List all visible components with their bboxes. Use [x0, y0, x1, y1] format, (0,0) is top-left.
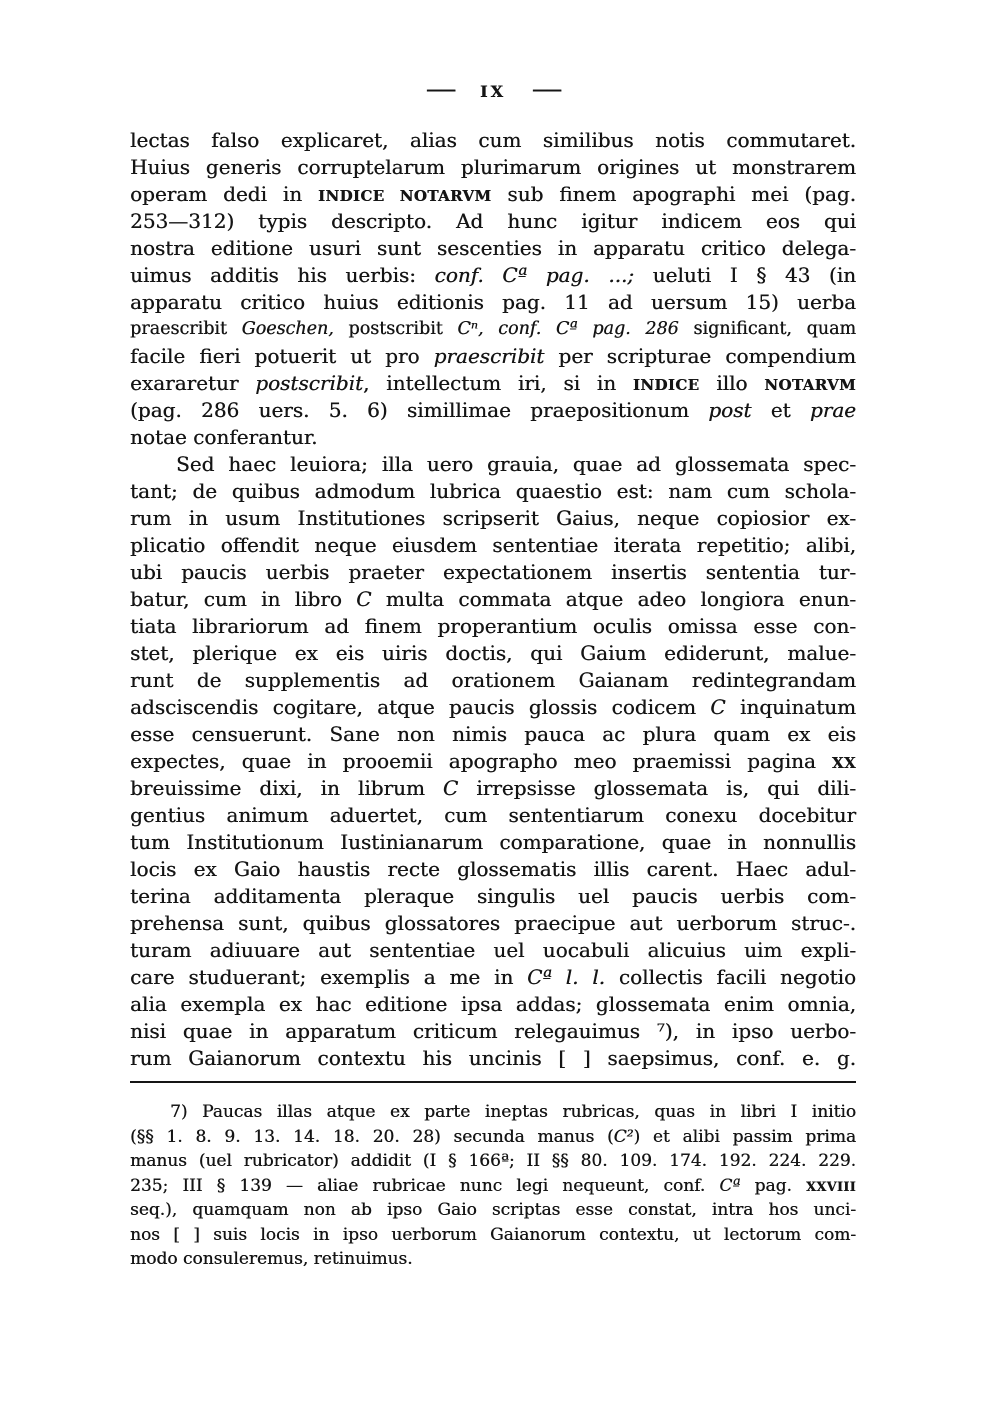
text-segment: operam dedi in: [130, 182, 318, 206]
text-line: rum Gaianorum contextu his uncinis [ ] s…: [130, 1045, 856, 1072]
text-line: runt de supplementis ad orationem Gaiana…: [130, 667, 856, 694]
smallcaps-text: NOTARVM: [764, 376, 856, 394]
text-segment: illo: [699, 371, 764, 395]
text-segment: nostra editione usuri sunt sescenties in…: [130, 236, 856, 260]
text-segment: nos [ ] suis locis in ipso uerborum Gaia…: [130, 1225, 856, 1245]
italic-text: post: [708, 398, 751, 422]
text-segment: , intellectum iri, si in: [363, 371, 633, 395]
text-segment: esse censuerunt. Sane non nimis pauca ac…: [130, 722, 856, 746]
header-rule-right: ——: [532, 80, 560, 99]
paragraph-1: lectas falso explicaret, alias cum simil…: [130, 127, 856, 451]
italic-text: C: [710, 695, 725, 719]
italic-text: C: [356, 587, 371, 611]
text-line: tant; de quibus admodum lubrica quaestio…: [130, 478, 856, 505]
text-segment: postscribit: [334, 319, 458, 339]
text-segment: inquinatum: [726, 695, 856, 719]
text-segment: prehensa sunt, quibus glossatores praeci…: [130, 911, 856, 935]
text-segment: locis ex Gaio haustis recte glossematis …: [130, 857, 856, 881]
text-segment: exararetur: [130, 371, 255, 395]
text-segment: runt de supplementis ad orationem Gaiana…: [130, 668, 856, 692]
text-line: alia exempla ex hac editione ipsa addas;…: [130, 991, 856, 1018]
text-segment: manus (uel rubricator) addidit (I § 166ª…: [130, 1151, 856, 1171]
text-line: prehensa sunt, quibus glossatores praeci…: [130, 910, 856, 937]
text-segment: terina additamenta pleraque singulis uel…: [130, 884, 856, 908]
text-segment: seq.), quamquam non ab ipso Gaio scripta…: [130, 1200, 856, 1220]
text-segment: breuissime dixi, in librum: [130, 776, 443, 800]
text-line: ubi paucis uerbis praeter expectationem …: [130, 559, 856, 586]
footnote: 7) Paucas illas atque ex parte ineptas r…: [130, 1100, 856, 1272]
text-line: Huius generis corruptelarum plurimarum o…: [130, 154, 856, 181]
text-line: 235; III § 139 — aliae rubricae nunc leg…: [130, 1174, 856, 1199]
text-segment: ) et alibi passim prima: [633, 1127, 856, 1147]
text-segment: et: [751, 398, 809, 422]
text-line: Sed haec leuiora; illa uero grauia, quae…: [130, 451, 856, 478]
italic-text: conf. Cª pag. 286: [498, 319, 679, 339]
text-line: (pag. 286 uers. 5. 6) simillimae praepos…: [130, 397, 856, 424]
text-segment: 7) Paucas illas atque ex parte ineptas r…: [170, 1102, 856, 1122]
text-line: apparatu critico huius editionis pag. 11…: [130, 289, 856, 316]
book-page: ——IX—— lectas falso explicaret, alias cu…: [0, 0, 1000, 1424]
header-rule-left: ——: [426, 80, 454, 99]
text-segment: irrepsisse glossemata is, qui dili-: [458, 776, 856, 800]
text-line: locis ex Gaio haustis recte glossematis …: [130, 856, 856, 883]
text-line: adsciscendis cogitare, atque paucis glos…: [130, 694, 856, 721]
text-segment: tiata librariorum ad finem properantium …: [130, 614, 856, 638]
text-segment: tum Institutionum Iustinianarum comparat…: [130, 830, 856, 854]
text-segment: pag.: [740, 1176, 806, 1196]
text-line: esse censuerunt. Sane non nimis pauca ac…: [130, 721, 856, 748]
text-segment: (pag. 286 uers. 5. 6) simillimae praepos…: [130, 398, 708, 422]
page-number: IX: [480, 82, 506, 101]
text-segment: stet, plerique ex eis uiris doctis, qui …: [130, 641, 856, 665]
text-segment: sub finem apographi mei (pag.: [491, 182, 856, 206]
text-segment: care studuerant; exemplis a me in: [130, 965, 527, 989]
text-line: plicatio offendit neque eiusdem sententi…: [130, 532, 856, 559]
text-segment: ubi paucis uerbis praeter expectationem …: [130, 560, 856, 584]
text-line: care studuerant; exemplis a me in Cª l. …: [130, 964, 856, 991]
italic-text: Cª l. l.: [527, 965, 605, 989]
text-segment: facile fieri potuerit ut pro: [130, 344, 434, 368]
italic-text: Cⁿ,: [457, 319, 483, 339]
italic-text: conf. Cª pag. ...;: [435, 263, 635, 287]
text-line: exararetur postscribit, intellectum iri,…: [130, 370, 856, 397]
text-segment: 253—312) typis descripto. Ad hunc igitur…: [130, 209, 856, 233]
text-segment: modo consuleremus, retinuimus.: [130, 1249, 413, 1269]
text-segment: plicatio offendit neque eiusdem sententi…: [130, 533, 856, 557]
text-segment: per scripturae compendium: [544, 344, 856, 368]
smallcaps-text: INDICE NOTARVM: [318, 187, 491, 205]
text-line: tum Institutionum Iustinianarum comparat…: [130, 829, 856, 856]
text-segment: expectes, quae in prooemii apographo meo…: [130, 749, 832, 773]
smallcaps-text: XXVIII: [806, 1180, 856, 1195]
page-header: ——IX——: [130, 0, 856, 101]
paragraph-2: Sed haec leuiora; illa uero grauia, quae…: [130, 451, 856, 1072]
text-segment: Huius generis corruptelarum plurimarum o…: [130, 155, 856, 179]
text-segment: nisi quae in apparatum criticum relegaui…: [130, 1019, 856, 1043]
smallcaps-text: INDICE: [633, 376, 700, 394]
main-text: lectas falso explicaret, alias cum simil…: [130, 127, 856, 1072]
italic-text: praescribit: [434, 344, 545, 368]
text-segment: adsciscendis cogitare, atque paucis glos…: [130, 695, 710, 719]
text-line: modo consuleremus, retinuimus.: [130, 1247, 856, 1272]
text-line: nisi quae in apparatum criticum relegaui…: [130, 1018, 856, 1045]
text-line: 7) Paucas illas atque ex parte ineptas r…: [130, 1100, 856, 1125]
smallcaps-text: XX: [832, 754, 856, 772]
text-line: expectes, quae in prooemii apographo meo…: [130, 748, 856, 775]
text-line: nostra editione usuri sunt sescenties in…: [130, 235, 856, 262]
text-segment: batur, cum in libro: [130, 587, 356, 611]
text-line: seq.), quamquam non ab ipso Gaio scripta…: [130, 1198, 856, 1223]
text-line: tiata librariorum ad finem properantium …: [130, 613, 856, 640]
text-segment: 235; III § 139 — aliae rubricae nunc leg…: [130, 1176, 719, 1196]
text-segment: apparatu critico huius editionis pag. 11…: [130, 290, 856, 314]
text-segment: ueluti I § 43 (in: [634, 263, 856, 287]
italic-text: C²: [614, 1127, 634, 1147]
text-line: notae conferantur.: [130, 424, 856, 451]
text-line: gentius animum aduertet, cum sententiaru…: [130, 802, 856, 829]
text-segment: multa commata atque adeo longiora enun-: [371, 587, 856, 611]
text-line: batur, cum in libro C multa commata atqu…: [130, 586, 856, 613]
italic-text: prae: [810, 398, 856, 422]
text-segment: notae conferantur.: [130, 425, 317, 449]
text-line: (§§ 1. 8. 9. 13. 14. 18. 20. 28) secunda…: [130, 1125, 856, 1150]
text-line: 253—312) typis descripto. Ad hunc igitur…: [130, 208, 856, 235]
text-line: terina additamenta pleraque singulis uel…: [130, 883, 856, 910]
italic-text: Goeschen,: [242, 319, 334, 339]
text-line: operam dedi in INDICE NOTARVM sub finem …: [130, 181, 856, 208]
text-segment: tant; de quibus admodum lubrica quaestio…: [130, 479, 856, 503]
text-segment: (§§ 1. 8. 9. 13. 14. 18. 20. 28) secunda…: [130, 1127, 614, 1147]
text-line: rum in usum Institutiones scripserit Gai…: [130, 505, 856, 532]
text-segment: significant, quam: [679, 319, 856, 339]
text-segment: alia exempla ex hac editione ipsa addas;…: [130, 992, 856, 1016]
text-segment: gentius animum aduertet, cum sententiaru…: [130, 803, 856, 827]
text-line: manus (uel rubricator) addidit (I § 166ª…: [130, 1149, 856, 1174]
footnote-separator-rule: [130, 1081, 856, 1083]
text-line: praescribit Goeschen, postscribit Cⁿ, co…: [130, 316, 856, 343]
text-segment: uimus additis his uerbis:: [130, 263, 435, 287]
text-segment: [483, 319, 498, 339]
text-segment: praescribit: [130, 319, 242, 339]
italic-text: Cª: [719, 1176, 740, 1196]
text-line: nos [ ] suis locis in ipso uerborum Gaia…: [130, 1223, 856, 1248]
text-line: turam adiuuare aut sententiae uel uocabu…: [130, 937, 856, 964]
text-line: lectas falso explicaret, alias cum simil…: [130, 127, 856, 154]
text-segment: Sed haec leuiora; illa uero grauia, quae…: [176, 452, 856, 476]
text-segment: rum Gaianorum contextu his uncinis [ ] s…: [130, 1046, 856, 1070]
text-line: facile fieri potuerit ut pro praescribit…: [130, 343, 856, 370]
text-line: stet, plerique ex eis uiris doctis, qui …: [130, 640, 856, 667]
text-line: breuissime dixi, in librum C irrepsisse …: [130, 775, 856, 802]
text-segment: lectas falso explicaret, alias cum simil…: [130, 128, 856, 152]
italic-text: C: [443, 776, 458, 800]
text-line: uimus additis his uerbis: conf. Cª pag. …: [130, 262, 856, 289]
italic-text: postscribit: [255, 371, 363, 395]
text-segment: collectis facili negotio: [605, 965, 856, 989]
text-segment: rum in usum Institutiones scripserit Gai…: [130, 506, 856, 530]
text-segment: turam adiuuare aut sententiae uel uocabu…: [130, 938, 856, 962]
